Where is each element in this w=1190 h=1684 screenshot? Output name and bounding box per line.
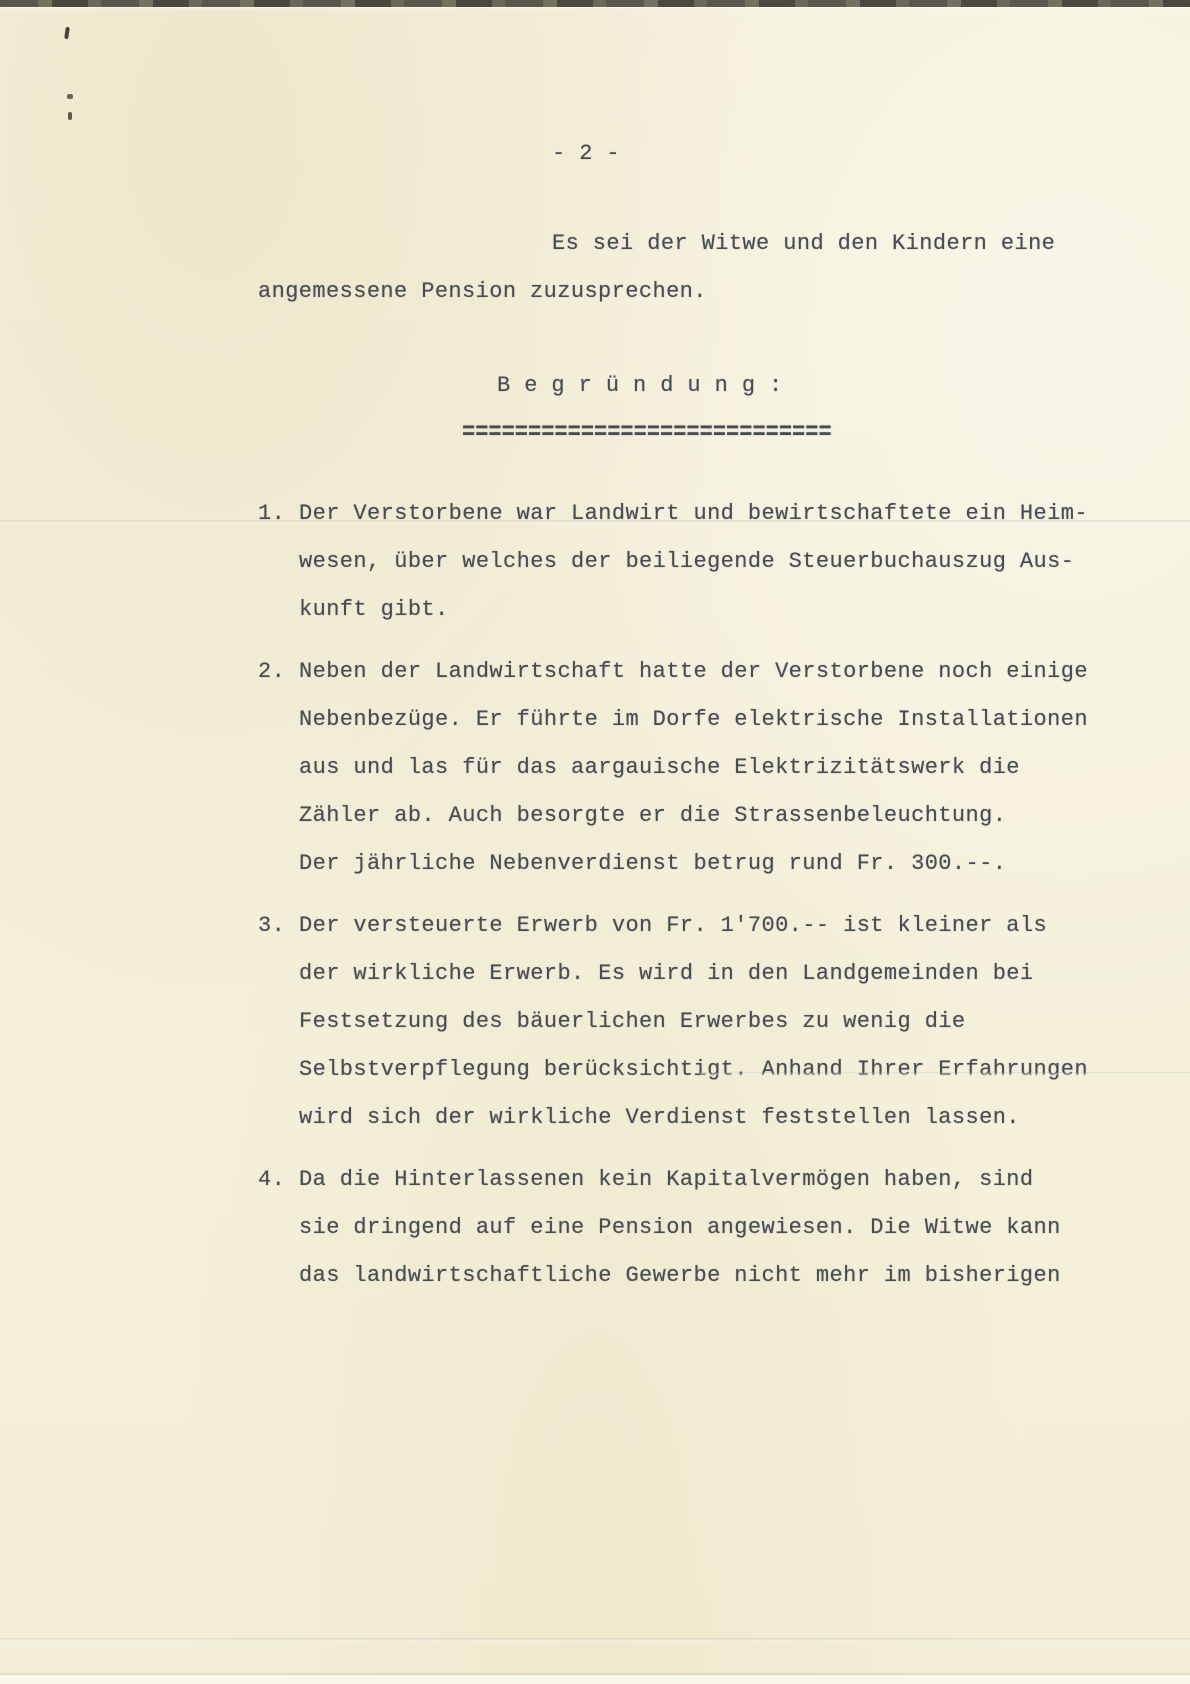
list-item-text: Da die Hinterlassenen kein Kapitalvermög… [299,1156,1099,1300]
numbered-list: 1. Der Verstorbene war Landwirt und bewi… [258,490,1190,1300]
heading-underline: ============================ [462,410,1190,456]
list-item-text: Neben der Landwirtschaft hatte der Verst… [299,648,1099,888]
fold-crease [0,1638,1190,1642]
list-item-text: Der versteuerte Erwerb von Fr. 1'700.-- … [299,902,1099,1142]
list-item-number: 2. [258,648,299,888]
intro-paragraph: Es sei der Witwe und den Kindern eine an… [258,220,1070,316]
page-number: - 2 - [552,0,1190,178]
ink-speck [68,112,72,120]
list-item-number: 3. [258,902,299,1142]
section-heading-block: B e g r ü n d u n g : ==================… [462,362,1190,450]
ink-speck [64,27,70,39]
list-item-number: 4. [258,1156,299,1300]
list-item: 2. Neben der Landwirtschaft hatte der Ve… [258,648,1190,888]
scanned-document-page: - 2 - Es sei der Witwe und den Kindern e… [0,0,1190,1684]
list-item: 1. Der Verstorbene war Landwirt und bewi… [258,490,1190,634]
list-item: 3. Der versteuerte Erwerb von Fr. 1'700.… [258,902,1190,1142]
list-item: 4. Da die Hinterlassenen kein Kapitalver… [258,1156,1190,1300]
section-heading: B e g r ü n d u n g : [462,362,1190,410]
scan-bottom-edge [0,1675,1190,1684]
list-item-number: 1. [258,490,299,634]
ink-speck [67,94,73,99]
scan-torn-edge [0,0,1190,7]
list-item-text: Der Verstorbene war Landwirt und bewirts… [299,490,1099,634]
